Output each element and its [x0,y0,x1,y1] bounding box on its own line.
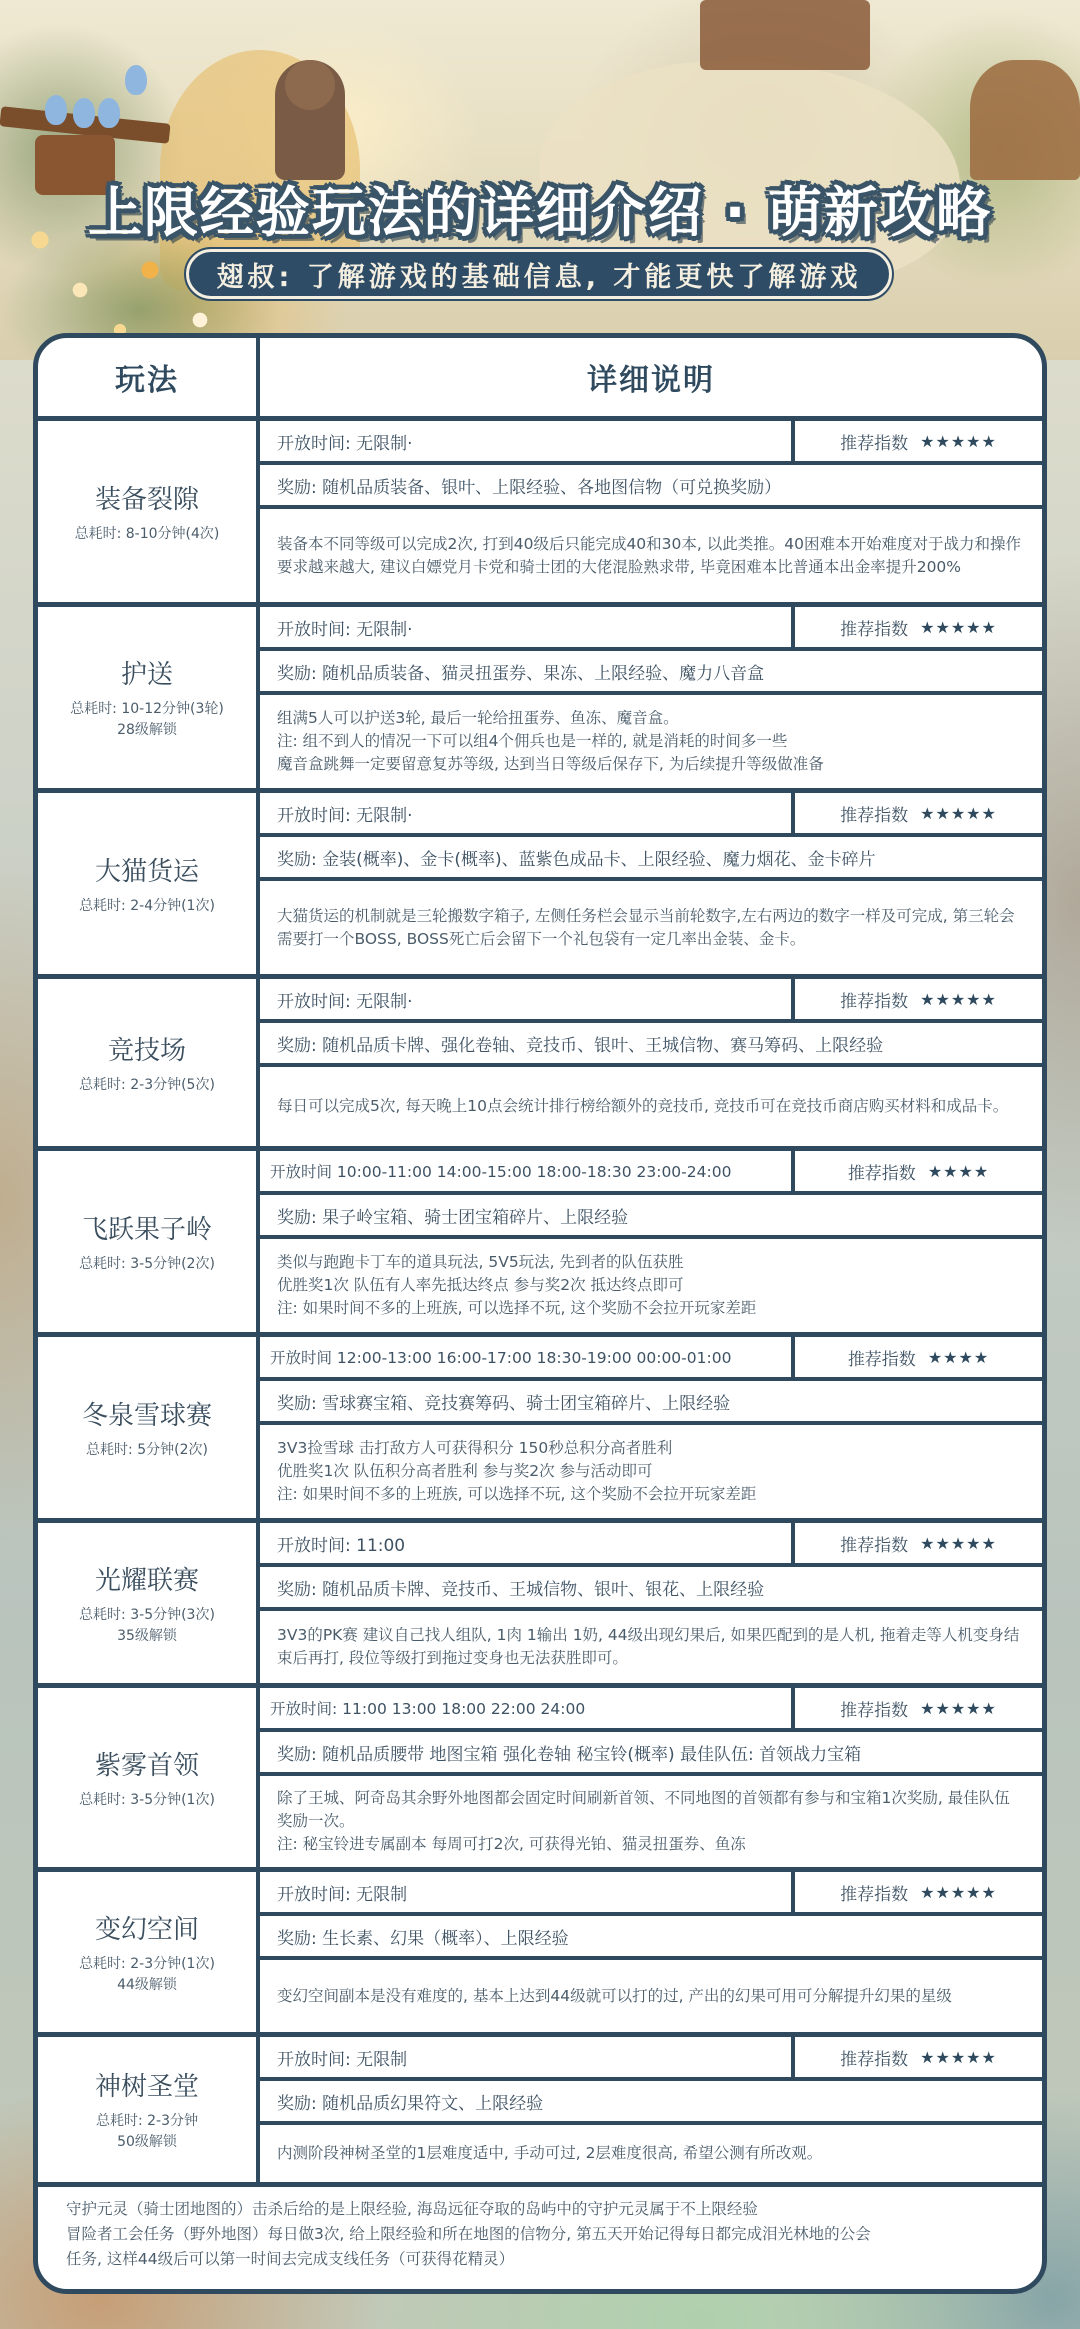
mode-cell: 护送 总耗时: 10-12分钟(3轮)28级解锁 [38,607,260,788]
details-cell: 开放时间: 11:00 推荐指数 ★★★★★ 奖励: 随机品质卡牌、竞技币、王城… [260,1523,1042,1683]
description: 大猫货运的机制就是三轮搬数字箱子, 左侧任务栏会显示当前轮数字,左右两边的数字一… [260,881,1042,974]
open-time: 开放时间: 11:00 [260,1523,795,1563]
reward-row: 奖励: 金装(概率)、金卡(概率)、蓝紫色成品卡、上限经验、魔力烟花、金卡碎片 [260,837,1042,881]
guide-table: 玩法 详细说明 装备裂隙 总耗时: 8-10分钟(4次) 开放时间: 无限制· … [33,333,1047,2294]
rating-label: 推荐指数 [840,987,908,1012]
star-icon: ★★★★★ [920,432,997,451]
mode-meta: 总耗时: 2-4分钟(1次) [79,896,215,917]
mode-meta-line: 50级解锁 [96,2132,198,2153]
footer-note: 冒险者工会任务（野外地图）每日做3次, 给上限经验和所在地图的信物分, 第五天开… [66,2222,1042,2247]
description-line: 3V3捡雪球 击打敌方人可获得积分 150秒总积分高者胜利 [277,1437,1025,1460]
mode-meta: 总耗时: 3-5分钟(1次) [79,1790,215,1811]
reward-row: 奖励: 随机品质幻果符文、上限经验 [260,2081,1042,2125]
mode-cell: 飞跃果子岭 总耗时: 3-5分钟(2次) [38,1151,260,1332]
rating: 推荐指数 ★★★★★ [795,2037,1042,2077]
table-row: 大猫货运 总耗时: 2-4分钟(1次) 开放时间: 无限制· 推荐指数 ★★★★… [38,793,1042,979]
star-icon: ★★★★★ [920,804,997,823]
bird-icon [98,98,120,128]
open-time-row: 开放时间: 无限制· 推荐指数 ★★★★★ [260,607,1042,651]
bird-icon [125,65,147,95]
description: 3V3捡雪球 击打敌方人可获得积分 150秒总积分高者胜利优胜奖1次 队伍积分高… [260,1425,1042,1518]
open-time-row: 开放时间: 无限制· 推荐指数 ★★★★★ [260,979,1042,1023]
description-line: 大猫货运的机制就是三轮搬数字箱子, 左侧任务栏会显示当前轮数字,左右两边的数字一… [277,905,1025,951]
subtitle-banner: 翅叔: 了解游戏的基础信息, 才能更快了解游戏 [186,249,892,299]
mode-meta-line: 总耗时: 3-5分钟(1次) [79,1790,215,1811]
open-time-row: 开放时间: 11:00 推荐指数 ★★★★★ [260,1523,1042,1567]
mode-meta: 总耗时: 2-3分钟(1次)44级解锁 [79,1954,215,1996]
mode-meta-line: 总耗时: 3-5分钟(3次) [79,1605,215,1626]
mode-name: 变幻空间 [95,1909,199,1946]
mode-meta: 总耗时: 10-12分钟(3轮)28级解锁 [70,699,224,741]
reward-row: 奖励: 生长素、幻果（概率）、上限经验 [260,1916,1042,1960]
mode-name: 飞跃果子岭 [82,1209,212,1246]
mode-meta-line: 总耗时: 2-3分钟(1次) [79,1954,215,1975]
rating-label: 推荐指数 [840,1696,908,1721]
description-line: 变幻空间副本是没有难度的, 基本上达到44级就可以打的过, 产出的幻果可用可分解… [277,1985,1025,2008]
mode-meta-line: 总耗时: 3-5分钟(2次) [79,1254,215,1275]
rating-label: 推荐指数 [840,615,908,640]
details-cell: 开放时间: 无限制 推荐指数 ★★★★★ 奖励: 随机品质幻果符文、上限经验 内… [260,2037,1042,2182]
shop-decoration [970,60,1080,180]
mode-meta-line: 总耗时: 2-3分钟(5次) [79,1075,215,1096]
star-icon: ★★★★★ [920,1699,997,1718]
rating-label: 推荐指数 [848,1159,916,1184]
open-time: 开放时间: 无限制· [260,421,795,461]
details-cell: 开放时间: 无限制· 推荐指数 ★★★★★ 奖励: 随机品质装备、猫灵扭蛋券、果… [260,607,1042,788]
star-icon: ★★★★★ [920,1534,997,1553]
star-icon: ★★★★★ [920,1883,997,1902]
rating-label: 推荐指数 [840,2045,908,2070]
mode-cell: 竞技场 总耗时: 2-3分钟(5次) [38,979,260,1146]
open-time: 开放时间: 无限制· [260,793,795,833]
rating-label: 推荐指数 [840,429,908,454]
open-time: 开放时间: 无限制· [260,607,795,647]
description: 每日可以完成5次, 每天晚上10点会统计排行榜给额外的竞技币, 竞技币可在竞技币… [260,1067,1042,1146]
description-line: 装备本不同等级可以完成2次, 打到40级后只能完成40和30本, 以此类推。40… [277,533,1025,579]
rating: 推荐指数 ★★★★★ [795,1688,1042,1728]
description-line: 注: 如果时间不多的上班族, 可以选择不玩, 这个奖励不会拉开玩家差距 [277,1297,1025,1320]
footer-note: 守护元灵（骑士团地图的）击杀后给的是上限经验, 海岛远征夺取的岛屿中的守护元灵属… [66,2197,1042,2222]
open-time: 开放时间: 无限制 [260,1872,795,1912]
open-time: 开放时间: 无限制 [260,2037,795,2077]
reward-row: 奖励: 随机品质卡牌、竞技币、王城信物、银叶、银花、上限经验 [260,1567,1042,1611]
description: 除了王城、阿奇岛其余野外地图都会固定时间刷新首领、不同地图的首领都有参与和宝箱1… [260,1776,1042,1867]
mode-cell: 神树圣堂 总耗时: 2-3分钟50级解锁 [38,2037,260,2182]
rating: 推荐指数 ★★★★★ [795,421,1042,461]
open-time-row: 开放时间 10:00-11:00 14:00-15:00 18:00-18:30… [260,1151,1042,1195]
open-time-row: 开放时间 12:00-13:00 16:00-17:00 18:30-19:00… [260,1337,1042,1381]
description-line: 注: 如果时间不多的上班族, 可以选择不玩, 这个奖励不会拉开玩家差距 [277,1483,1025,1506]
page-title: 上限经验玩法的详细介绍 · 萌新攻略 [0,170,1080,247]
details-cell: 开放时间: 无限制 推荐指数 ★★★★★ 奖励: 生长素、幻果（概率）、上限经验… [260,1872,1042,2032]
adventurer-head [285,60,335,110]
details-cell: 开放时间: 无限制· 推荐指数 ★★★★★ 奖励: 随机品质卡牌、强化卷轴、竞技… [260,979,1042,1146]
open-time-row: 开放时间: 无限制 推荐指数 ★★★★★ [260,2037,1042,2081]
description-line: 优胜奖1次 队伍有人率先抵达终点 参与奖2次 抵达终点即可 [277,1274,1025,1297]
mode-cell: 紫雾首领 总耗时: 3-5分钟(1次) [38,1688,260,1867]
mode-meta: 总耗时: 8-10分钟(4次) [75,524,220,545]
table-row: 紫雾首领 总耗时: 3-5分钟(1次) 开放时间: 11:00 13:00 18… [38,1688,1042,1872]
mode-meta: 总耗时: 5分钟(2次) [86,1440,208,1461]
description-line: 除了王城、阿奇岛其余野外地图都会固定时间刷新首领、不同地图的首领都有参与和宝箱1… [277,1787,1025,1833]
description-line: 每日可以完成5次, 每天晚上10点会统计排行榜给额外的竞技币, 竞技币可在竞技币… [277,1095,1025,1118]
mode-name: 神树圣堂 [95,2066,199,2103]
rating-label: 推荐指数 [840,801,908,826]
rating-label: 推荐指数 [840,1531,908,1556]
details-cell: 开放时间 12:00-13:00 16:00-17:00 18:30-19:00… [260,1337,1042,1518]
description-line: 类似与跑跑卡丁车的道具玩法, 5V5玩法, 先到者的队伍获胜 [277,1251,1025,1274]
header-label: 详细说明 [587,355,715,399]
mode-name: 光耀联赛 [95,1560,199,1597]
mode-cell: 大猫货运 总耗时: 2-4分钟(1次) [38,793,260,974]
header-cell-mode: 玩法 [38,338,260,416]
mode-meta: 总耗时: 3-5分钟(2次) [79,1254,215,1275]
mode-meta-line: 总耗时: 8-10分钟(4次) [75,524,220,545]
details-cell: 开放时间: 11:00 13:00 18:00 22:00 24:00 推荐指数… [260,1688,1042,1867]
star-icon: ★★★★ [928,1162,989,1181]
description-line: 内测阶段神树圣堂的1层难度适中, 手动可过, 2层难度很高, 希望公测有所改观。 [277,2142,1025,2165]
mode-cell: 变幻空间 总耗时: 2-3分钟(1次)44级解锁 [38,1872,260,2032]
mode-meta-line: 总耗时: 2-4分钟(1次) [79,896,215,917]
rating: 推荐指数 ★★★★★ [795,793,1042,833]
rating: 推荐指数 ★★★★ [795,1337,1042,1377]
description: 3V3的PK赛 建议自己找人组队, 1肉 1输出 1奶, 44级出现幻果后, 如… [260,1611,1042,1683]
bird-icon [45,95,67,125]
description-line: 注: 组不到人的情况一下可以组4个佣兵也是一样的, 就是消耗的时间多一些 [277,730,1025,753]
details-cell: 开放时间 10:00-11:00 14:00-15:00 18:00-18:30… [260,1151,1042,1332]
details-cell: 开放时间: 无限制· 推荐指数 ★★★★★ 奖励: 随机品质装备、银叶、上限经验… [260,421,1042,602]
reward-row: 奖励: 随机品质装备、银叶、上限经验、各地图信物（可兑换奖励） [260,465,1042,509]
table-row: 神树圣堂 总耗时: 2-3分钟50级解锁 开放时间: 无限制 推荐指数 ★★★★… [38,2037,1042,2187]
open-time: 开放时间 10:00-11:00 14:00-15:00 18:00-18:30… [260,1151,795,1191]
open-time-row: 开放时间: 无限制 推荐指数 ★★★★★ [260,1872,1042,1916]
footer-notes: 守护元灵（骑士团地图的）击杀后给的是上限经验, 海岛远征夺取的岛屿中的守护元灵属… [38,2187,1042,2272]
rating-label: 推荐指数 [848,1345,916,1370]
description: 内测阶段神树圣堂的1层难度适中, 手动可过, 2层难度很高, 希望公测有所改观。 [260,2125,1042,2182]
description: 组满5人可以护送3轮, 最后一轮给扭蛋券、鱼冻、魔音盒。注: 组不到人的情况一下… [260,695,1042,788]
mode-cell: 装备裂隙 总耗时: 8-10分钟(4次) [38,421,260,602]
reward-row: 奖励: 果子岭宝箱、骑士团宝箱碎片、上限经验 [260,1195,1042,1239]
mode-name: 竞技场 [108,1030,186,1067]
house-decoration [700,0,870,70]
table-row: 光耀联赛 总耗时: 3-5分钟(3次)35级解锁 开放时间: 11:00 推荐指… [38,1523,1042,1688]
rating: 推荐指数 ★★★★★ [795,979,1042,1019]
description: 装备本不同等级可以完成2次, 打到40级后只能完成40和30本, 以此类推。40… [260,509,1042,602]
open-time-row: 开放时间: 11:00 13:00 18:00 22:00 24:00 推荐指数… [260,1688,1042,1732]
reward-row: 奖励: 雪球赛宝箱、竞技赛筹码、骑士团宝箱碎片、上限经验 [260,1381,1042,1425]
description-line: 3V3的PK赛 建议自己找人组队, 1肉 1输出 1奶, 44级出现幻果后, 如… [277,1624,1025,1670]
details-cell: 开放时间: 无限制· 推荐指数 ★★★★★ 奖励: 金装(概率)、金卡(概率)、… [260,793,1042,974]
rating: 推荐指数 ★★★★★ [795,1872,1042,1912]
table-row: 冬泉雪球赛 总耗时: 5分钟(2次) 开放时间 12:00-13:00 16:0… [38,1337,1042,1523]
mode-cell: 光耀联赛 总耗时: 3-5分钟(3次)35级解锁 [38,1523,260,1683]
rating: 推荐指数 ★★★★★ [795,607,1042,647]
mode-meta: 总耗时: 3-5分钟(3次)35级解锁 [79,1605,215,1647]
rating-label: 推荐指数 [840,1880,908,1905]
open-time-row: 开放时间: 无限制· 推荐指数 ★★★★★ [260,793,1042,837]
mode-meta-line: 28级解锁 [70,720,224,741]
reward-row: 奖励: 随机品质装备、猫灵扭蛋券、果冻、上限经验、魔力八音盒 [260,651,1042,695]
mode-name: 冬泉雪球赛 [82,1395,212,1432]
bird-icon [73,98,95,128]
table-header: 玩法 详细说明 [38,338,1042,421]
star-icon: ★★★★ [928,1348,989,1367]
open-time: 开放时间: 11:00 13:00 18:00 22:00 24:00 [260,1688,795,1728]
rating: 推荐指数 ★★★★ [795,1151,1042,1191]
star-icon: ★★★★★ [920,990,997,1009]
table-row: 竞技场 总耗时: 2-3分钟(5次) 开放时间: 无限制· 推荐指数 ★★★★★… [38,979,1042,1151]
star-icon: ★★★★★ [920,618,997,637]
description: 类似与跑跑卡丁车的道具玩法, 5V5玩法, 先到者的队伍获胜优胜奖1次 队伍有人… [260,1239,1042,1332]
mode-name: 大猫货运 [95,851,199,888]
open-time: 开放时间: 无限制· [260,979,795,1019]
header-label: 玩法 [115,355,179,399]
mode-meta: 总耗时: 2-3分钟50级解锁 [96,2111,198,2153]
reward-row: 奖励: 随机品质腰带 地图宝箱 强化卷轴 秘宝铃(概率) 最佳队伍: 首领战力宝… [260,1732,1042,1776]
description: 变幻空间副本是没有难度的, 基本上达到44级就可以打的过, 产出的幻果可用可分解… [260,1960,1042,2032]
mode-cell: 冬泉雪球赛 总耗时: 5分钟(2次) [38,1337,260,1518]
table-row: 护送 总耗时: 10-12分钟(3轮)28级解锁 开放时间: 无限制· 推荐指数… [38,607,1042,793]
header-cell-details: 详细说明 [260,338,1042,416]
mode-name: 护送 [121,654,173,691]
description-line: 优胜奖1次 队伍积分高者胜利 参与奖2次 参与活动即可 [277,1460,1025,1483]
open-time-row: 开放时间: 无限制· 推荐指数 ★★★★★ [260,421,1042,465]
mode-name: 紫雾首领 [95,1745,199,1782]
reward-row: 奖励: 随机品质卡牌、强化卷轴、竞技币、银叶、王城信物、赛马筹码、上限经验 [260,1023,1042,1067]
mode-meta-line: 总耗时: 10-12分钟(3轮) [70,699,224,720]
description-line: 魔音盒跳舞一定要留意复苏等级, 达到当日等级后保存下, 为后续提升等级做准备 [277,753,1025,776]
table-row: 变幻空间 总耗时: 2-3分钟(1次)44级解锁 开放时间: 无限制 推荐指数 … [38,1872,1042,2037]
description-line: 注: 秘宝铃进专属副本 每周可打2次, 可获得光铂、猫灵扭蛋券、鱼冻 [277,1833,1025,1856]
description-line: 组满5人可以护送3轮, 最后一轮给扭蛋券、鱼冻、魔音盒。 [277,707,1025,730]
mode-meta: 总耗时: 2-3分钟(5次) [79,1075,215,1096]
subtitle-text: 翅叔: 了解游戏的基础信息, 才能更快了解游戏 [217,255,862,294]
star-icon: ★★★★★ [920,2048,997,2067]
table-body: 装备裂隙 总耗时: 8-10分钟(4次) 开放时间: 无限制· 推荐指数 ★★★… [38,421,1042,2187]
mode-meta-line: 35级解锁 [79,1626,215,1647]
mode-meta-line: 总耗时: 5分钟(2次) [86,1440,208,1461]
mode-name: 装备裂隙 [95,479,199,516]
footer-note: 任务, 这样44级后可以第一时间去完成支线任务（可获得花精灵） [66,2247,1042,2272]
rating: 推荐指数 ★★★★★ [795,1523,1042,1563]
table-row: 装备裂隙 总耗时: 8-10分钟(4次) 开放时间: 无限制· 推荐指数 ★★★… [38,421,1042,607]
mode-meta-line: 44级解锁 [79,1975,215,1996]
open-time: 开放时间 12:00-13:00 16:00-17:00 18:30-19:00… [260,1337,795,1377]
table-row: 飞跃果子岭 总耗时: 3-5分钟(2次) 开放时间 10:00-11:00 14… [38,1151,1042,1337]
mode-meta-line: 总耗时: 2-3分钟 [96,2111,198,2132]
